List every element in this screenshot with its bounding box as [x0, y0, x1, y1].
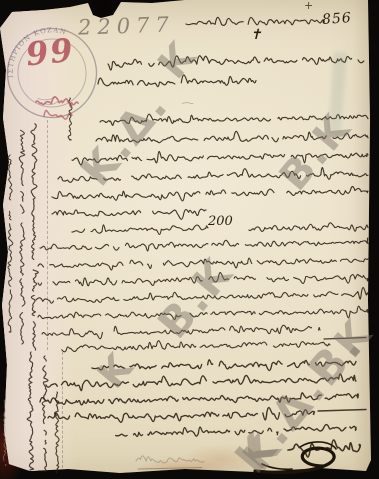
handwriting-line: [72, 225, 208, 235]
scanned-letter-page: ΙΣΤΗΡΙΟΝ ΚΟΖΑΝ 22077 99 856 200 ✝ + ΚΚ.Δ…: [0, 0, 379, 479]
handwriting-line: [249, 223, 368, 232]
dash-rule: [324, 338, 366, 340]
margin-note-column: [42, 356, 48, 472]
invocation-cross: ✝: [250, 28, 262, 42]
handwriting-line: [116, 427, 278, 437]
dash-rule: [138, 468, 202, 470]
margin-note-column: [54, 392, 59, 473]
handwriting-line: [38, 306, 368, 319]
handwriting-line: [38, 258, 368, 270]
archive-number-pencil: 22077: [78, 14, 175, 38]
date-cross: +: [304, 0, 313, 11]
handwriting-line: [72, 151, 368, 164]
signature-flourish: [255, 448, 334, 472]
handwriting-line: [92, 360, 356, 371]
handwriting-line: [48, 408, 315, 423]
handwriting-line: [40, 393, 358, 405]
handwriting-line: [186, 17, 324, 25]
margin-note-column: [8, 155, 13, 332]
handwriting-line: [98, 75, 256, 87]
handwriting-line: [58, 168, 368, 183]
pencil-note: [136, 456, 204, 463]
handwriting-line: [38, 273, 368, 286]
margin-note-column: [19, 130, 25, 344]
margin-note-column: [31, 124, 38, 350]
folio-number-red: 99: [24, 34, 76, 71]
margin-note-column: [27, 352, 33, 470]
fold-crease-rule: [62, 352, 63, 468]
pencil-note: [182, 102, 193, 103]
handwriting-line: [284, 425, 356, 431]
handwriting-line: [52, 186, 368, 200]
handwriting-line: [40, 238, 368, 251]
handwriting-line: [108, 56, 366, 70]
year-digits: 856: [322, 11, 353, 27]
handwriting-line: [36, 288, 368, 304]
handwriting-line: [62, 341, 330, 352]
fold-crease-rule: [47, 120, 48, 350]
handwriting-line: [46, 374, 356, 391]
dash-rule: [318, 410, 366, 412]
amount-digits: 200: [208, 215, 233, 228]
handwriting-line: [52, 209, 206, 219]
handwriting-layer: ΙΣΤΗΡΙΟΝ ΚΟΖΑΝ: [0, 0, 379, 479]
pencil-note: [3, 400, 6, 466]
handwriting-line: [42, 325, 320, 339]
